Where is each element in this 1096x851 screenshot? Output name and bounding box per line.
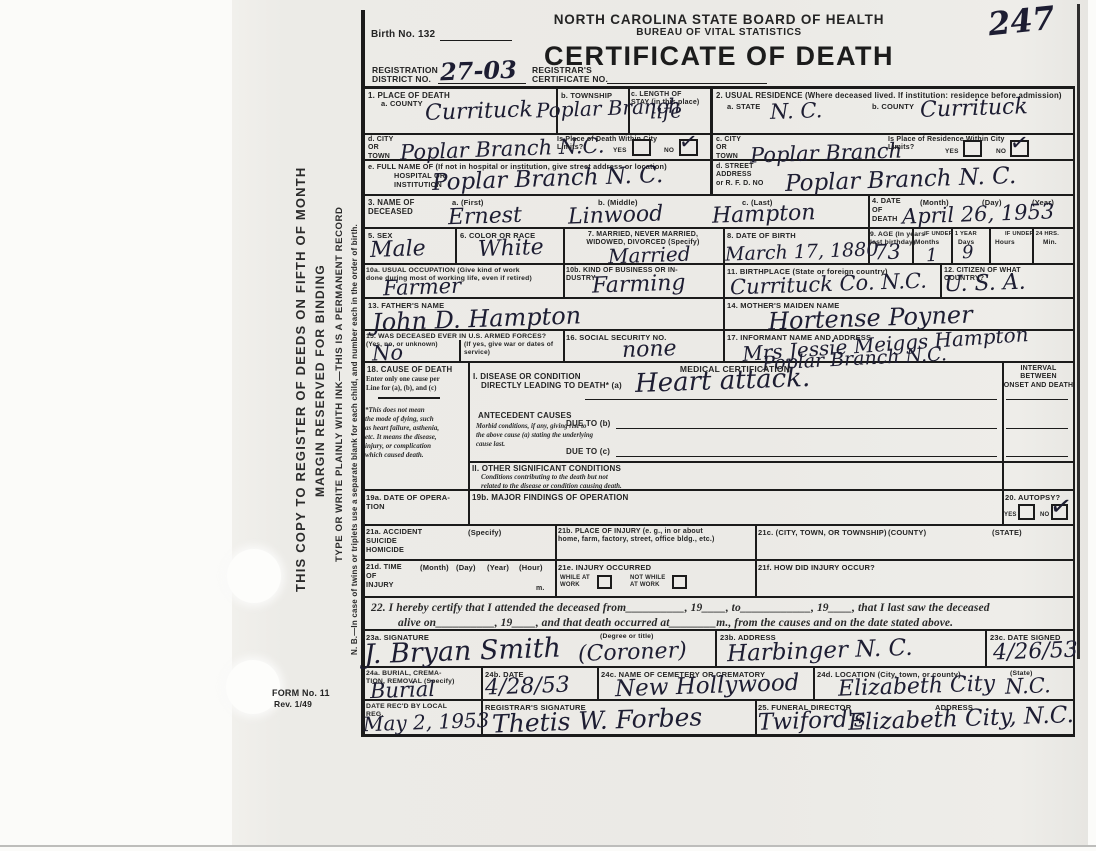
cause-note1: Enter only one cause per Line for (a), (… xyxy=(366,375,440,393)
form-number: FORM No. 11 xyxy=(272,688,330,699)
major-findings-label: 19b. MAJOR FINDINGS OF OPERATION xyxy=(472,493,629,503)
armed-forces-war-label: (If yes, give war or dates of service) xyxy=(464,341,556,357)
scan-bottom-edge xyxy=(0,845,1096,847)
hours-label: Hours xyxy=(995,239,1015,247)
city-town-label: d. CITY OR TOWN xyxy=(368,136,394,161)
district-blank xyxy=(438,82,526,84)
degree-value: (Coroner) xyxy=(578,638,688,667)
disease-label-2: DIRECTLY LEADING TO DEATH* (a) xyxy=(481,381,622,391)
other-conditions-note: Conditions contributing to the death but… xyxy=(481,473,622,491)
death-limits-yes-label: YES xyxy=(613,147,627,155)
res-limits-yes-checkbox xyxy=(963,140,982,157)
cause-of-death-label: 18. CAUSE OF DEATH xyxy=(367,365,452,374)
dob-label: 8. DATE OF BIRTH xyxy=(727,231,796,240)
ssn-value: none xyxy=(622,336,677,363)
first-name-value: Ernest xyxy=(448,203,523,231)
injury-county-label: (COUNTY) xyxy=(888,528,926,537)
injury-occurred-label: 21e. INJURY OCCURRED xyxy=(558,563,651,572)
death-limits-yes-checkbox xyxy=(632,139,651,156)
accident-label: 21a. ACCIDENT SUICIDE HOMICIDE xyxy=(366,528,422,554)
injury-state-label: (STATE) xyxy=(992,528,1022,537)
death-limits-no-label: NO xyxy=(664,147,674,155)
district-no-label: DISTRICT NO. xyxy=(372,74,431,84)
business-value: Farming xyxy=(592,270,686,298)
time-of-injury-label: 21d. TIME OF INJURY xyxy=(366,563,402,589)
due-to-c-label: DUE TO (c) xyxy=(566,447,610,457)
res-city-town-label: c. CITY OR TOWN xyxy=(716,136,741,161)
margin-note-nb: N. B.—In case of twins or triplets use a… xyxy=(350,224,359,655)
cause-note-divider xyxy=(378,397,440,399)
hole-punch-bottom xyxy=(226,660,280,714)
marital-value: Married xyxy=(608,242,691,269)
res-state-value: N. C. xyxy=(770,98,823,124)
armed-forces-divider xyxy=(459,340,461,363)
min-label: Min. xyxy=(1043,239,1057,247)
res-state-label: a. STATE xyxy=(727,102,760,111)
county-label: a. COUNTY xyxy=(381,99,423,108)
res-limits-yes-label: YES xyxy=(945,148,959,156)
how-injury-label: 21f. HOW DID INJURY OCCUR? xyxy=(758,563,875,572)
bureau-title: BUREAU OF VITAL STATISTICS xyxy=(363,27,1075,39)
last-name-value: Hampton xyxy=(712,200,816,229)
res-county-value: Currituck xyxy=(920,94,1029,123)
burial-date-value: 4/28/53 xyxy=(485,673,571,701)
cause-a-value: Heart attack. xyxy=(635,363,811,399)
sex-value: Male xyxy=(370,236,427,263)
margin-note-ink: TYPE OR WRITE PLAINLY WITH INK—THIS IS A… xyxy=(334,207,345,562)
name-deceased-label: 3. NAME OF DECEASED xyxy=(368,198,415,217)
burial-state-value: N.C. xyxy=(1005,673,1052,699)
injury-hour-label: (Hour) xyxy=(519,563,543,572)
margin-note-binding: MARGIN RESERVED FOR BINDING xyxy=(313,264,327,497)
injury-month-label: (Month) xyxy=(420,563,449,572)
margin-note-copy: THIS COPY TO REGISTER OF DEEDS ON FIFTH … xyxy=(293,167,308,592)
while-at-work-checkbox xyxy=(597,575,612,589)
autopsy-yes-checkbox xyxy=(1018,504,1035,520)
under-1-year-label: IF UNDER 1 YEAR xyxy=(912,231,989,238)
res-limits-no-check: ✓ xyxy=(1008,130,1030,157)
county-value: Currituck xyxy=(425,97,534,126)
date-signed-value: 4/26/53 xyxy=(993,638,1079,666)
cause-note2: *This does not mean the mode of dying, s… xyxy=(365,406,439,461)
not-while-checkbox xyxy=(672,575,687,589)
street-address-label: d. STREET ADDRESS or R. F. D. NO xyxy=(716,163,764,188)
autopsy-yes-label: YES xyxy=(1004,512,1017,519)
date-of-death-label: 4. DATE OF DEATH xyxy=(872,197,901,223)
occupation-value: Farmer xyxy=(383,274,462,301)
date-recd-value: May 2, 1953 xyxy=(363,708,490,736)
certificate-no-label: CERTIFICATE NO. xyxy=(532,74,608,84)
form-revision: Rev. 1/49 xyxy=(274,699,312,709)
age-days-value: 9 xyxy=(962,242,974,263)
cause-a-blank xyxy=(585,398,997,400)
interval-blank-c xyxy=(1006,455,1068,457)
accident-specify-label: (Specify) xyxy=(468,528,501,537)
certify-line-1: 22. I hereby certify that I attended the… xyxy=(371,601,990,616)
burial-value: Burial xyxy=(370,677,436,703)
hole-punch-top xyxy=(227,549,281,603)
due-to-c-blank xyxy=(616,455,997,457)
interval-blank-a xyxy=(1006,398,1068,400)
injury-year-label: (Year) xyxy=(487,563,509,572)
armed-forces-value: No xyxy=(372,340,404,365)
date-operation-label: 19a. DATE OF OPERA- TION xyxy=(366,493,450,511)
res-county-label: b. COUNTY xyxy=(872,102,914,111)
injury-m-label: m. xyxy=(536,585,545,593)
citizen-value: U. S. A. xyxy=(944,270,1026,298)
age-months-value: 1 xyxy=(926,245,938,266)
res-limits-no-label: NO xyxy=(996,148,1006,156)
scanned-death-certificate: { "colors":{"paper":"#ecebe7","ink":"#1d… xyxy=(0,0,1096,851)
due-to-b-blank xyxy=(616,427,997,429)
interval-blank-b xyxy=(1006,427,1068,429)
page-number: 247 xyxy=(986,0,1056,43)
race-value: White xyxy=(478,235,545,262)
under-24-label: IF UNDER 24 HRS. xyxy=(989,231,1075,238)
middle-name-value: Linwood xyxy=(568,201,664,229)
injury-day-label: (Day) xyxy=(456,563,476,572)
death-limits-no-check: ✓ xyxy=(677,129,699,156)
interval-label: INTERVAL BETWEEN ONSET AND DEATH xyxy=(1002,365,1075,390)
place-of-injury-label: 21b. PLACE OF INJURY (e. g., in or about… xyxy=(558,528,715,545)
antecedent-label: ANTECEDENT CAUSES xyxy=(478,411,572,421)
due-to-b-label: DUE TO (b) xyxy=(566,419,611,429)
board-title: NORTH CAROLINA STATE BOARD OF HEALTH xyxy=(363,12,1075,28)
age-value: 73 xyxy=(874,240,902,265)
certificate-no-blank xyxy=(607,82,767,84)
while-at-work-label: WHILE AT WORK xyxy=(560,575,590,589)
injury-city-label: 21c. (CITY, TOWN, OR TOWNSHIP) xyxy=(758,528,887,537)
paper-right-edge xyxy=(1077,4,1080,659)
section-ii-divider xyxy=(468,461,1075,463)
not-while-label: NOT WHILE AT WORK xyxy=(630,575,665,589)
certify-line-2: alive on__________, 19____, and that dea… xyxy=(398,616,953,631)
length-of-stay-value: life xyxy=(650,98,683,123)
